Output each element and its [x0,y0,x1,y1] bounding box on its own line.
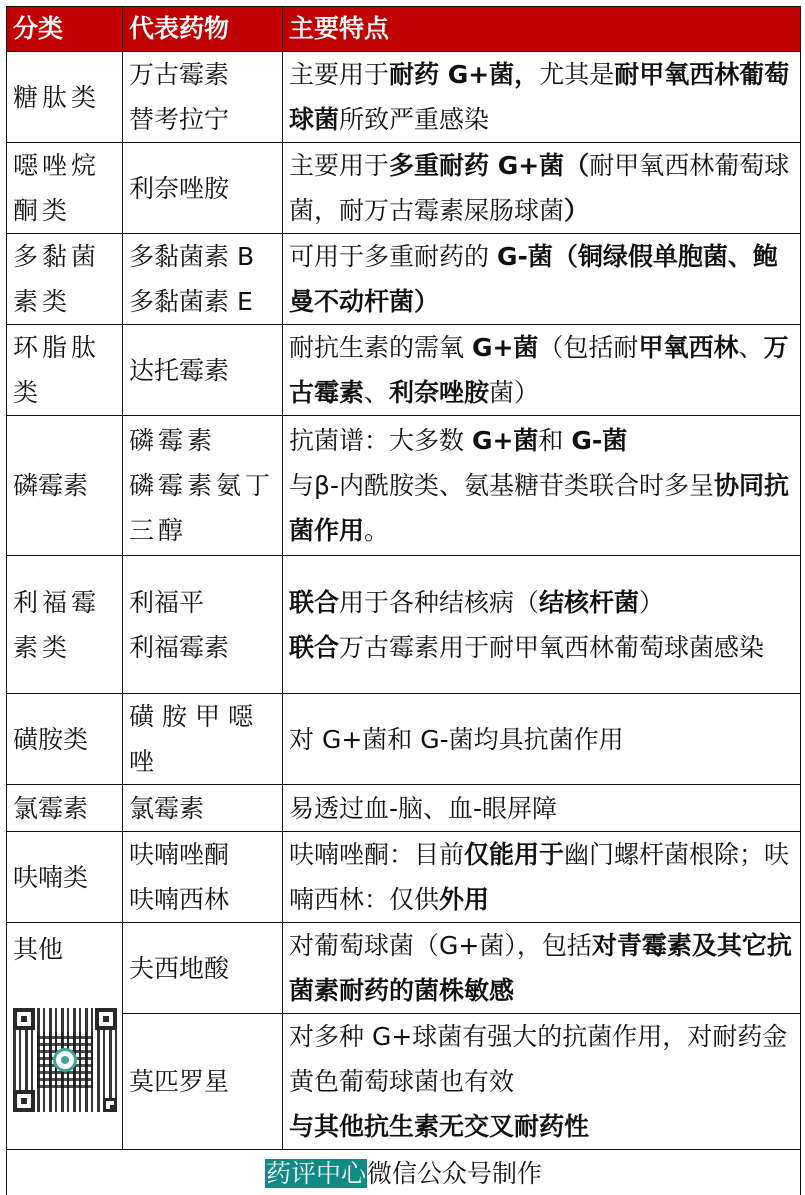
table-row: 其他 夫西地酸 对葡萄球菌（G+菌），包括对青霉素及其它抗菌素耐药的菌株敏感 [7,923,801,1014]
feature-text: 。 [364,516,389,545]
drug-name: 替考拉宁 [129,97,276,142]
drug-name: 利福霉素 [129,625,276,670]
feature-text: 易透过血-脑、血-眼屏障 [289,794,557,823]
drugs-cell: 利福平 利福霉素 [123,556,283,694]
features-cell: 主要用于耐药 G+菌，尤其是耐甲氧西林葡萄球菌所致严重感染 [283,52,801,143]
drug-name: 氯霉素 [129,786,276,831]
feature-text: 和 [538,426,571,455]
drug-name: 万古霉素 [129,52,276,97]
table-row: 呋喃类 呋喃唑酮 呋喃西林 呋喃唑酮：目前仅能用于幽门螺杆菌根除；呋喃西林：仅供… [7,832,801,923]
feature-text: 抗菌谱：大多数 [289,426,472,455]
feature-text: ） [639,588,664,617]
qr-finder [13,1090,35,1112]
drugs-cell: 利奈唑胺 [123,143,283,234]
feature-text: 万古霉素用于耐甲氧西林葡萄球菌感染 [339,633,764,662]
emphasis-text: G+菌 [472,333,538,362]
drug-name: 达托霉素 [129,348,276,393]
category-cell: 氯霉素 [7,785,123,832]
table-row: 糖肽类 万古霉素 替考拉宁 主要用于耐药 G+菌，尤其是耐甲氧西林葡萄球菌所致严… [7,52,801,143]
feature-text: 可用于多重耐药的 [289,242,497,271]
feature-text: 主要用于 [289,151,389,180]
emphasis-text: 联合 [289,588,339,617]
emphasis-text: 联合 [289,633,339,662]
table-row: 磷霉素 磷霉素 磷霉素氨丁三醇 抗菌谱：大多数 G+菌和 G-菌与β-内酰胺类、… [7,416,801,556]
feature-text: 对 G+菌和 G-菌均具抗菌作用 [289,725,624,754]
footer-row: 药评中心微信公众号制作 [7,1150,801,1195]
qr-finder [95,1008,117,1030]
drugs-cell: 呋喃唑酮 呋喃西林 [123,832,283,923]
feature-line: 与其他抗生素无交叉耐药性 [289,1104,794,1149]
feature-text: 尤其是 [539,60,614,89]
features-cell: 对 G+菌和 G-菌均具抗菌作用 [283,694,801,785]
table-row: 磺胺类 磺胺甲噁唑 对 G+菌和 G-菌均具抗菌作用 [7,694,801,785]
category-cell: 利福霉素类 [7,556,123,694]
emphasis-text: 仅能用于 [464,840,564,869]
drug-name: 莫匹罗星 [129,1059,276,1104]
feature-text: 对葡萄球菌（G+菌），包括 [289,931,592,960]
features-cell: 抗菌谱：大多数 G+菌和 G-菌与β-内酰胺类、氨基糖苷类联合时多呈协同抗菌作用… [283,416,801,556]
emphasis-text: 外用 [439,885,489,914]
features-cell: 对多种 G+球菌有强大的抗菌作用，对耐药金黄色葡萄球菌也有效与其他抗生素无交叉耐… [283,1014,801,1150]
feature-text: 、 [738,333,763,362]
table-row: 环脂肽类 达托霉素 耐抗生素的需氧 G+菌（包括耐甲氧西林、万古霉素、利奈唑胺菌… [7,325,801,416]
drug-name: 磷霉素氨丁三醇 [129,463,276,553]
drug-name: 利奈唑胺 [129,166,276,211]
features-cell: 易透过血-脑、血-眼屏障 [283,785,801,832]
category-cell: 多黏菌素类 [7,234,123,325]
header-category: 分类 [7,7,123,52]
qr-finder [13,1008,35,1030]
drugs-cell: 夫西地酸 [123,923,283,1014]
footer-credit: 药评中心微信公众号制作 [7,1150,801,1195]
feature-line: 联合万古霉素用于耐甲氧西林葡萄球菌感染 [289,625,794,670]
drug-name: 夫西地酸 [129,946,276,991]
category-cell: 其他 [7,923,123,1150]
feature-line: 与β-内酰胺类、氨基糖苷类联合时多呈协同抗菌作用。 [289,463,794,553]
qr-code-icon[interactable] [13,1008,117,1112]
brand-name: 药评中心 [265,1159,367,1188]
category-cell: 磷霉素 [7,416,123,556]
drug-name: 多黏菌素 B [129,234,280,279]
drugs-cell: 莫匹罗星 [123,1014,283,1150]
table-header-row: 分类 代表药物 主要特点 [7,7,801,52]
category-label: 其他 [13,927,116,972]
drug-name: 呋喃唑酮 [129,832,276,877]
table-row: 莫匹罗星 对多种 G+球菌有强大的抗菌作用，对耐药金黄色葡萄球菌也有效与其他抗生… [7,1014,801,1150]
header-features: 主要特点 [283,7,801,52]
feature-text: 对多种 G+球菌有强大的抗菌作用，对耐药金黄色葡萄球菌也有效 [289,1022,787,1096]
feature-text: 呋喃唑酮：目前 [289,840,464,869]
drug-name: 呋喃西林 [129,877,276,922]
emphasis-text: 利奈唑胺 [389,378,489,407]
drugs-cell: 多黏菌素 B 多黏菌素 E [123,234,283,325]
table-row: 氯霉素 氯霉素 易透过血-脑、血-眼屏障 [7,785,801,832]
drugs-cell: 达托霉素 [123,325,283,416]
drug-name: 磷霉素 [129,418,276,463]
table-row: 利福霉素类 利福平 利福霉素 联合用于各种结核病（结核杆菌）联合万古霉素用于耐甲… [7,556,801,694]
drugs-cell: 磷霉素 磷霉素氨丁三醇 [123,416,283,556]
qr-finder [103,1098,117,1112]
emphasis-text: G-菌 [571,426,627,455]
category-cell: 糖肽类 [7,52,123,143]
feature-line: 抗菌谱：大多数 G+菌和 G-菌 [289,418,794,463]
feature-text: 耐抗生素的需氧 [289,333,472,362]
emphasis-text: ） [564,196,589,225]
drug-name: 多黏菌素 E [129,279,280,324]
table-row: 噁唑烷酮类 利奈唑胺 主要用于多重耐药 G+菌（耐甲氧西林葡萄球菌，耐万古霉素屎… [7,143,801,234]
feature-text: 用于各种结核病（ [339,588,539,617]
category-cell: 呋喃类 [7,832,123,923]
antibiotic-comparison-table: 分类 代表药物 主要特点 糖肽类 万古霉素 替考拉宁 主要用于耐药 G+菌，尤其… [6,6,801,1195]
header-drugs: 代表药物 [123,7,283,52]
drug-name: 磺胺甲噁唑 [129,694,276,784]
features-cell: 耐抗生素的需氧 G+菌（包括耐甲氧西林、万古霉素、利奈唑胺菌） [283,325,801,416]
feature-text: 与β-内酰胺类、氨基糖苷类联合时多呈 [289,471,714,500]
emphasis-text: 甲氧西林 [638,333,738,362]
features-cell: 对葡萄球菌（G+菌），包括对青霉素及其它抗菌素耐药的菌株敏感 [283,923,801,1014]
feature-text: 主要用于 [289,60,389,89]
drug-name: 利福平 [129,580,276,625]
feature-text: 菌） [489,378,539,407]
category-cell: 噁唑烷酮类 [7,143,123,234]
features-cell: 联合用于各种结核病（结核杆菌）联合万古霉素用于耐甲氧西林葡萄球菌感染 [283,556,801,694]
feature-text: 、 [364,378,389,407]
emphasis-text: 与其他抗生素无交叉耐药性 [289,1112,589,1141]
features-cell: 呋喃唑酮：目前仅能用于幽门螺杆菌根除；呋喃西林：仅供外用 [283,832,801,923]
footer-suffix: 微信公众号制作 [367,1159,542,1188]
feature-text: （包括耐 [538,333,638,362]
features-cell: 可用于多重耐药的 G-菌（铜绿假单胞菌、鲍曼不动杆菌） [283,234,801,325]
feature-line: 对多种 G+球菌有强大的抗菌作用，对耐药金黄色葡萄球菌也有效 [289,1014,794,1104]
category-cell: 磺胺类 [7,694,123,785]
category-cell: 环脂肽类 [7,325,123,416]
emphasis-text: 结核杆菌 [539,588,639,617]
emphasis-text: 耐药 G+菌， [389,60,539,89]
emphasis-text: G+菌 [472,426,538,455]
drugs-cell: 万古霉素 替考拉宁 [123,52,283,143]
qr-logo-icon [53,1048,77,1072]
table-row: 多黏菌素类 多黏菌素 B 多黏菌素 E 可用于多重耐药的 G-菌（铜绿假单胞菌、… [7,234,801,325]
drugs-cell: 磺胺甲噁唑 [123,694,283,785]
feature-text: 所致严重感染 [339,105,489,134]
emphasis-text: 多重耐药 G+菌（ [389,151,589,180]
drugs-cell: 氯霉素 [123,785,283,832]
features-cell: 主要用于多重耐药 G+菌（耐甲氧西林葡萄球菌，耐万古霉素屎肠球菌） [283,143,801,234]
feature-line: 联合用于各种结核病（结核杆菌） [289,580,794,625]
